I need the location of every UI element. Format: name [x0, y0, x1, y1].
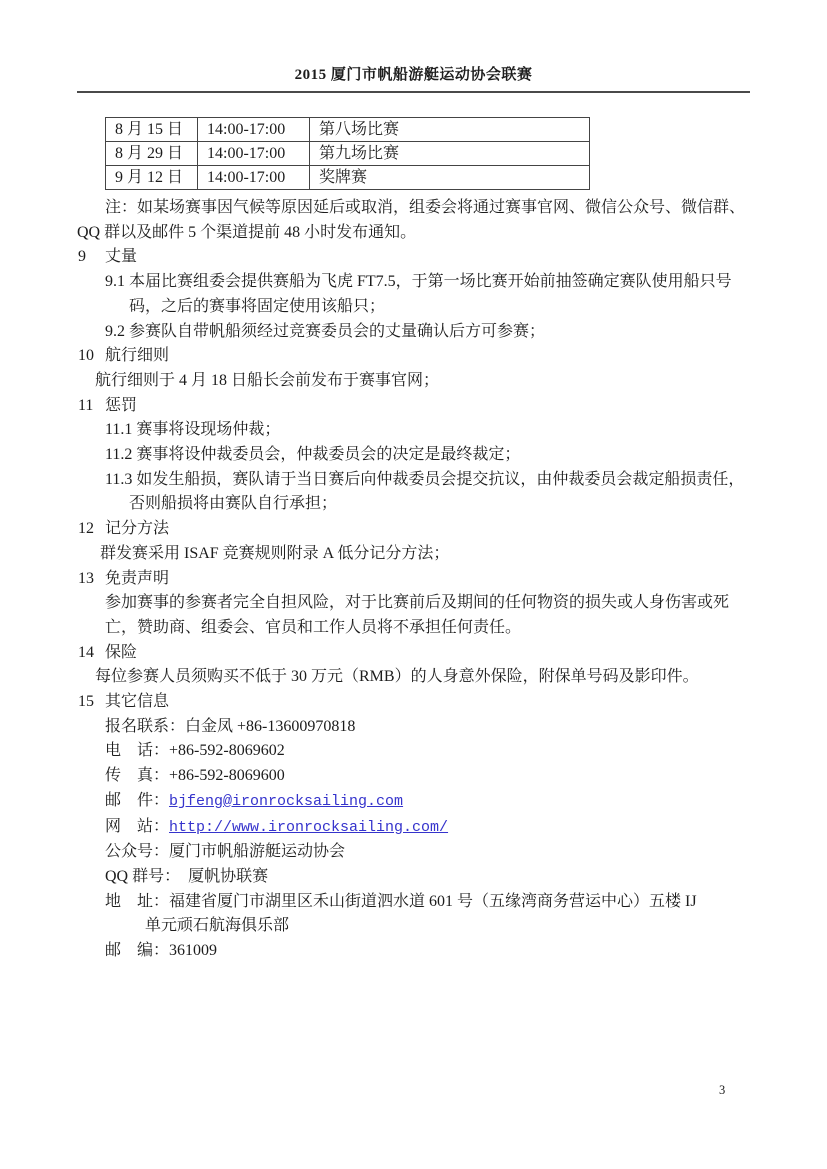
section-number: 12 — [77, 517, 105, 542]
contact-value: 厦门市帆船游艇运动协会 — [169, 843, 345, 860]
table-row: 8 月 15 日 14:00-17:00 第八场比赛 — [106, 118, 590, 142]
contact-label: 电 话： — [105, 742, 169, 759]
contact-info-block: 报名联系：白金凤 +86-13600970818 电 话：+86-592-806… — [77, 715, 750, 964]
page-title: 2015 厦门市帆船游艇运动协会联赛 — [295, 67, 533, 83]
section-9-item-1: 9.1 本届比赛组委会提供赛船为飞虎 FT7.5，于第一场比赛开始前抽签确定赛队… — [77, 270, 750, 319]
schedule-event-cell: 奖牌赛 — [310, 166, 590, 190]
section-15-heading: 15 其它信息 — [77, 690, 750, 715]
contact-label: 网 站： — [105, 818, 169, 835]
section-11-heading: 11 惩罚 — [77, 394, 750, 419]
contact-label: 传 真： — [105, 767, 169, 784]
contact-wechat: 公众号：厦门市帆船游艇运动协会 — [105, 840, 750, 865]
contact-email: 邮 件：bjfeng@ironrocksailing.com — [105, 789, 750, 815]
section-number: 9 — [77, 245, 105, 270]
schedule-date-cell: 9 月 12 日 — [106, 166, 198, 190]
section-13-heading: 13 免责声明 — [77, 567, 750, 592]
section-10-heading: 10 航行细则 — [77, 344, 750, 369]
contact-zip: 邮 编：361009 — [105, 939, 750, 964]
page-number: 3 — [719, 1082, 725, 1098]
table-row: 9 月 12 日 14:00-17:00 奖牌赛 — [106, 166, 590, 190]
section-number: 10 — [77, 344, 105, 369]
section-number: 13 — [77, 567, 105, 592]
section-11-item-3: 11.3 如发生船损，赛队请于当日赛后向仲裁委员会提交抗议，由仲裁委员会裁定船损… — [77, 468, 750, 517]
contact-fax: 传 真：+86-592-8069600 — [105, 764, 750, 789]
email-link[interactable]: bjfeng@ironrocksailing.com — [169, 793, 403, 810]
contact-label: 邮 件： — [105, 792, 169, 809]
contact-value: +86-592-8069600 — [169, 767, 285, 784]
section-13-body: 参加赛事的参赛者完全自担风险，对于比赛前后及期间的任何物资的损失或人身伤害或死亡… — [77, 591, 750, 640]
contact-website: 网 站：http://www.ironrocksailing.com/ — [105, 815, 750, 841]
schedule-table: 8 月 15 日 14:00-17:00 第八场比赛 8 月 29 日 14:0… — [105, 117, 590, 190]
section-title: 惩罚 — [105, 394, 137, 419]
contact-value: +86-592-8069602 — [169, 742, 285, 759]
note-paragraph: 注：如某场赛事因气候等原因延后或取消，组委会将通过赛事官网、微信公众号、微信群、… — [77, 196, 750, 245]
page-header: 2015 厦门市帆船游艇运动协会联赛 — [77, 64, 750, 93]
section-11-item-1: 11.1 赛事将设现场仲裁； — [77, 418, 750, 443]
contact-label: QQ 群号： — [105, 868, 172, 885]
section-14-heading: 14 保险 — [77, 641, 750, 666]
table-row: 8 月 29 日 14:00-17:00 第九场比赛 — [106, 142, 590, 166]
schedule-time-cell: 14:00-17:00 — [198, 166, 310, 190]
contact-label: 公众号： — [105, 843, 169, 860]
website-link[interactable]: http://www.ironrocksailing.com/ — [169, 819, 448, 836]
schedule-event-cell: 第八场比赛 — [310, 118, 590, 142]
schedule-time-cell: 14:00-17:00 — [198, 142, 310, 166]
contact-value: 白金凤 +86-13600970818 — [185, 718, 355, 735]
contact-address: 地 址：福建省厦门市湖里区禾山街道泗水道 601 号（五缘湾商务营运中心）五楼 … — [105, 890, 750, 939]
schedule-event-cell: 第九场比赛 — [310, 142, 590, 166]
schedule-date-cell: 8 月 29 日 — [106, 142, 198, 166]
schedule-date-cell: 8 月 15 日 — [106, 118, 198, 142]
section-title: 航行细则 — [105, 344, 169, 369]
contact-label: 地 址： — [105, 893, 169, 910]
contact-phone: 电 话：+86-592-8069602 — [105, 739, 750, 764]
section-title: 记分方法 — [105, 517, 169, 542]
document-page: 2015 厦门市帆船游艇运动协会联赛 8 月 15 日 14:00-17:00 … — [0, 0, 827, 1169]
contact-address-line2: 单元顽石航海俱乐部 — [105, 914, 750, 939]
contact-value: 福建省厦门市湖里区禾山街道泗水道 601 号（五缘湾商务营运中心）五楼 IJ — [169, 893, 697, 910]
section-9-heading: 9 丈量 — [77, 245, 750, 270]
section-number: 15 — [77, 690, 105, 715]
section-title: 丈量 — [105, 245, 137, 270]
section-title: 保险 — [105, 641, 137, 666]
contact-label: 报名联系： — [105, 718, 185, 735]
section-12-body: 群发赛采用 ISAF 竞赛规则附录 A 低分记分方法； — [77, 542, 750, 567]
contact-value: 厦帆协联赛 — [172, 868, 268, 885]
contact-label: 邮 编： — [105, 942, 169, 959]
section-14-body: 每位参赛人员须购买不低于 30 万元（RMB）的人身意外保险，附保单号码及影印件… — [77, 665, 750, 690]
section-number: 14 — [77, 641, 105, 666]
section-12-heading: 12 记分方法 — [77, 517, 750, 542]
contact-qq: QQ 群号： 厦帆协联赛 — [105, 865, 750, 890]
schedule-time-cell: 14:00-17:00 — [198, 118, 310, 142]
section-9-item-2: 9.2 参赛队自带帆船须经过竞赛委员会的丈量确认后方可参赛； — [77, 320, 750, 345]
contact-value: 361009 — [169, 942, 217, 959]
section-title: 其它信息 — [105, 690, 169, 715]
section-11-item-2: 11.2 赛事将设仲裁委员会，仲裁委员会的决定是最终裁定； — [77, 443, 750, 468]
section-number: 11 — [77, 394, 105, 419]
section-title: 免责声明 — [105, 567, 169, 592]
contact-signup: 报名联系：白金凤 +86-13600970818 — [105, 715, 750, 740]
section-10-body: 航行细则于 4 月 18 日船长会前发布于赛事官网； — [77, 369, 750, 394]
